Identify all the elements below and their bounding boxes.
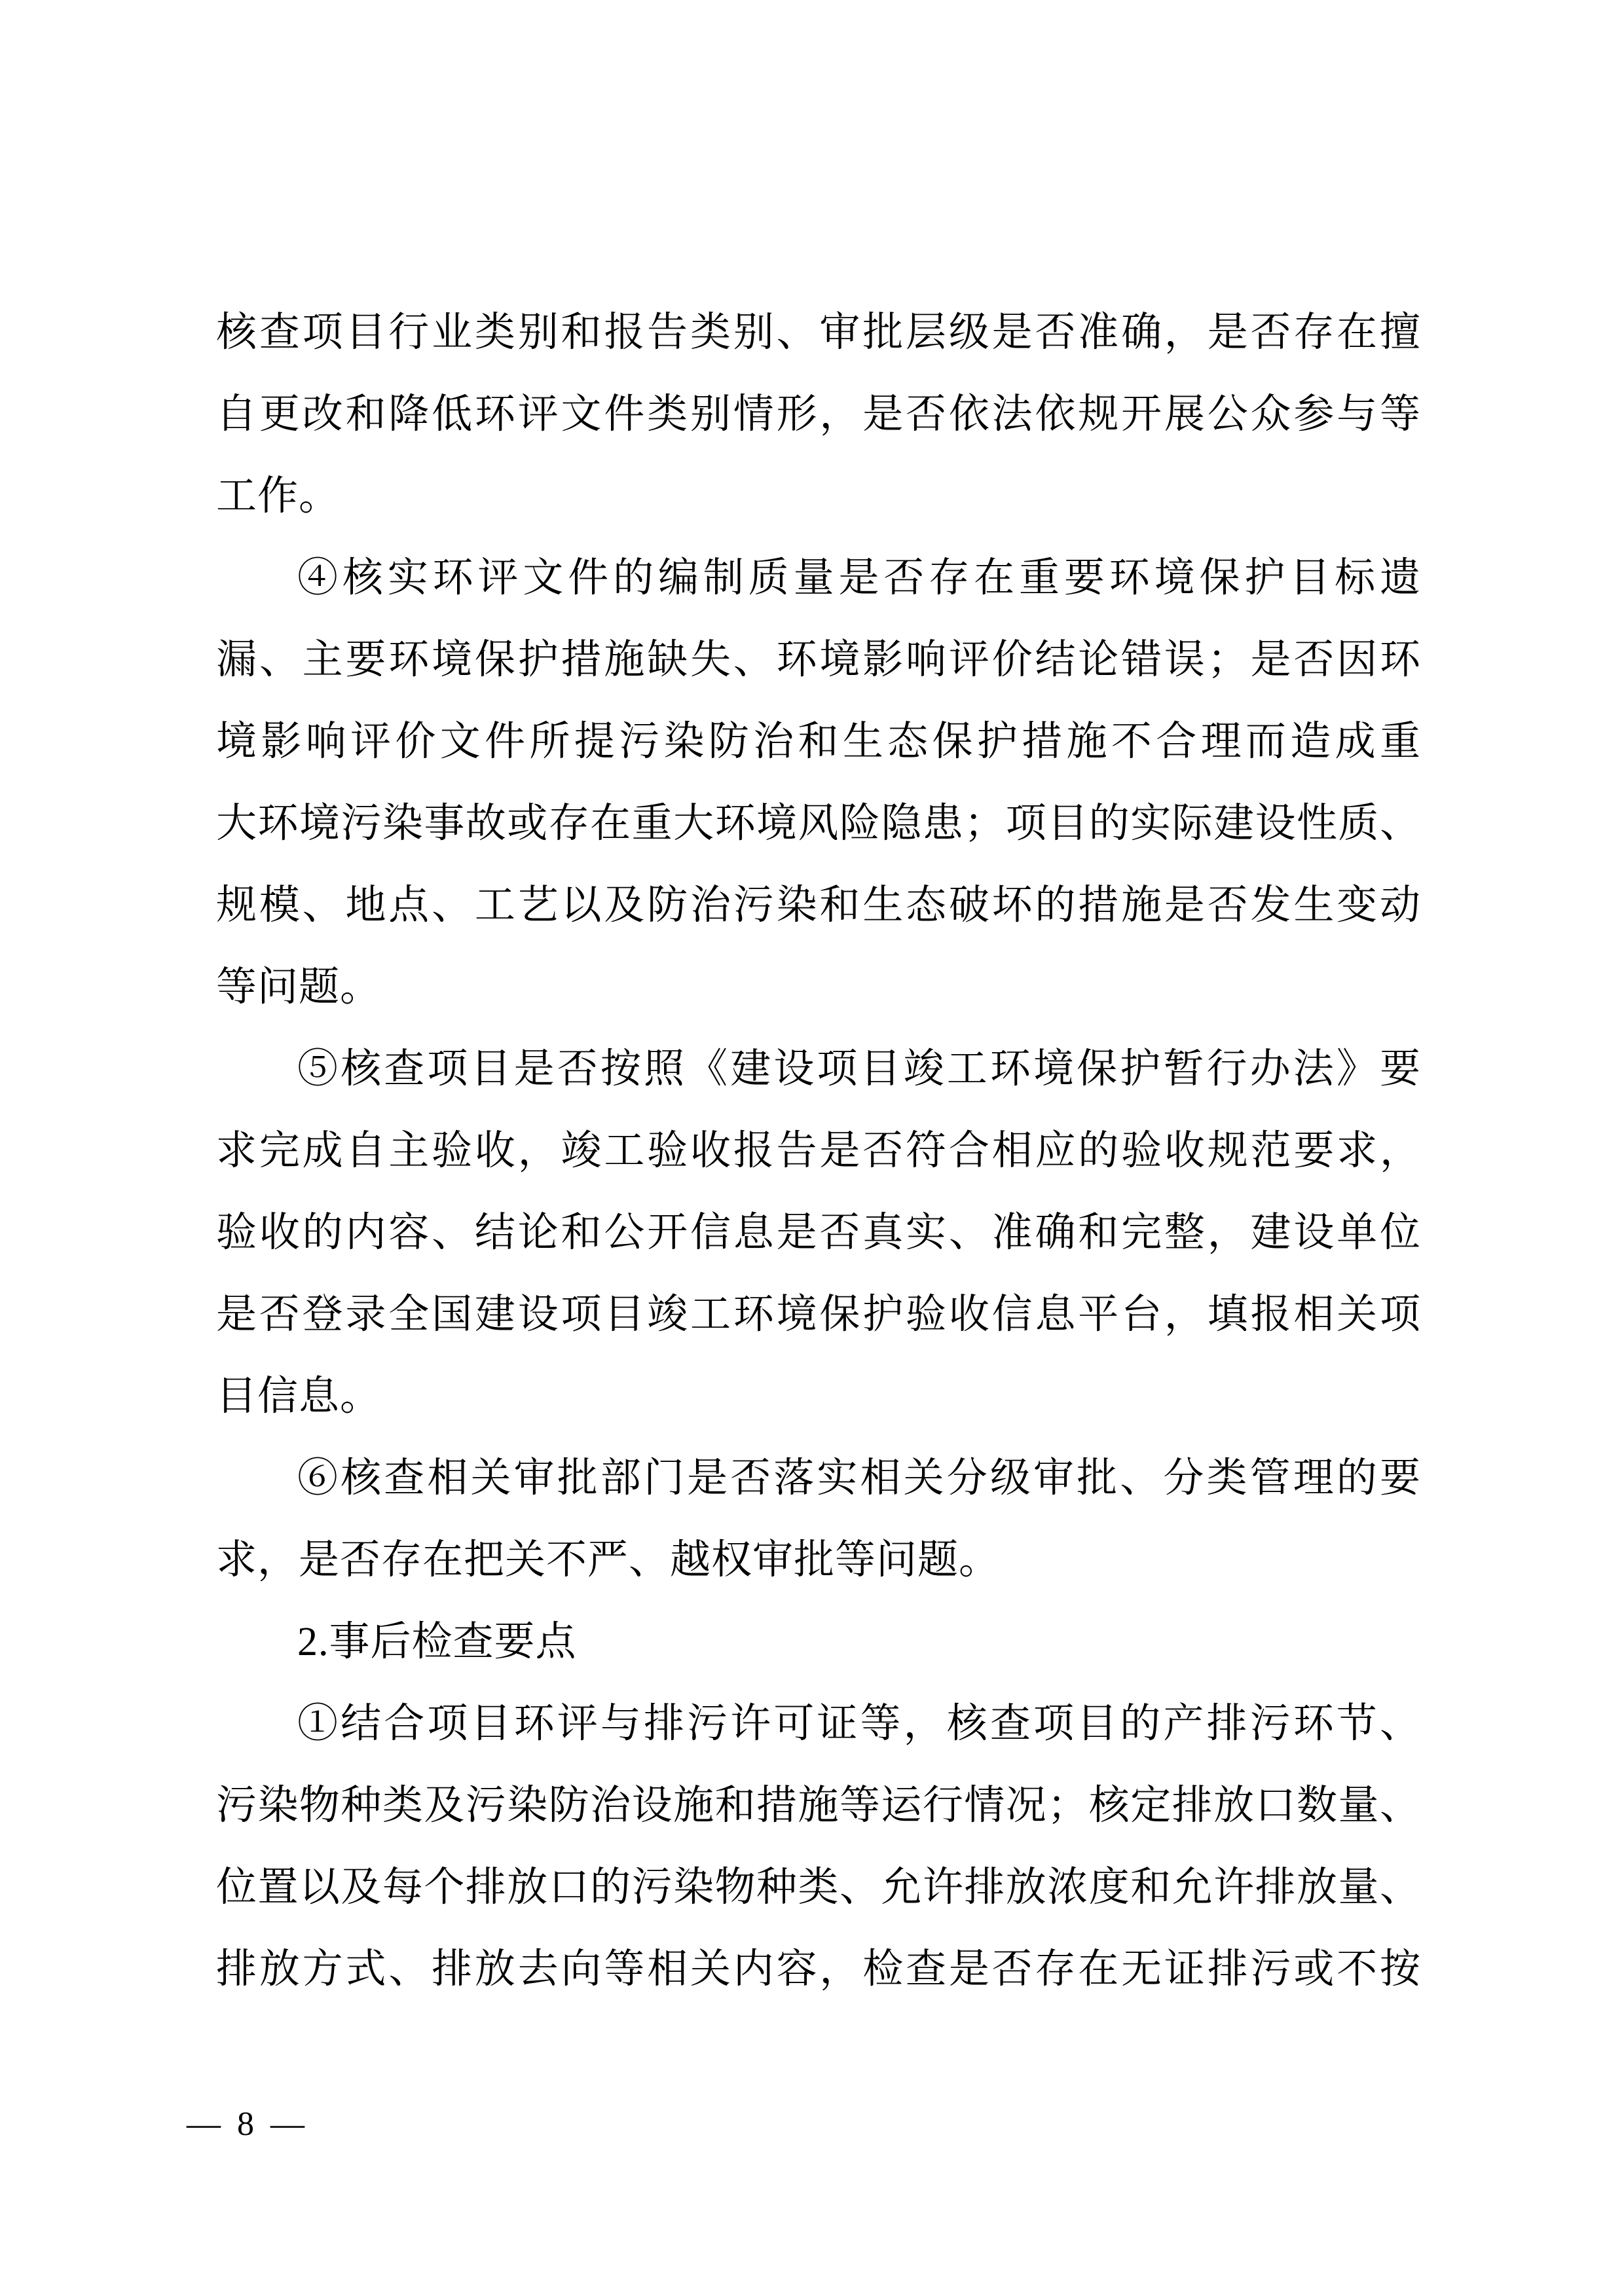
body-text-line: 求完成自主验收，竣工验收报告是否符合相应的验收规范要求， — [216, 1110, 1421, 1192]
body-text-line: 等问题。 — [216, 947, 1421, 1029]
body-text-line: 2.事后检查要点 — [216, 1601, 1421, 1683]
body-text-line: 求，是否存在把关不严、越权审批等问题。 — [216, 1520, 1421, 1601]
body-text-line: 漏、主要环境保护措施缺失、环境影响评价结论错误；是否因环 — [216, 619, 1421, 701]
body-text-line: 自更改和降低环评文件类别情形，是否依法依规开展公众参与等 — [216, 374, 1421, 456]
body-text-line: ④核实环评文件的编制质量是否存在重要环境保护目标遗 — [216, 538, 1421, 619]
body-text-line: 规模、地点、工艺以及防治污染和生态破坏的措施是否发生变动 — [216, 865, 1421, 947]
body-text-line: 是否登录全国建设项目竣工环境保护验收信息平台，填报相关项 — [216, 1274, 1421, 1356]
body-text-line: 验收的内容、结论和公开信息是否真实、准确和完整，建设单位 — [216, 1192, 1421, 1274]
body-text-line: ①结合项目环评与排污许可证等，核查项目的产排污环节、 — [216, 1683, 1421, 1765]
body-text-line: 工作。 — [216, 456, 1421, 538]
body-text-line: 核查项目行业类别和报告类别、审批层级是否准确，是否存在擅 — [216, 292, 1421, 374]
body-text-line: ⑥核查相关审批部门是否落实相关分级审批、分类管理的要 — [216, 1438, 1421, 1520]
document-body: 核查项目行业类别和报告类别、审批层级是否准确，是否存在擅 自更改和降低环评文件类… — [216, 292, 1421, 2011]
body-text-line: 位置以及每个排放口的污染物种类、允许排放浓度和允许排放量、 — [216, 1847, 1421, 1929]
body-text-line: 目信息。 — [216, 1356, 1421, 1438]
body-text-line: 排放方式、排放去向等相关内容，检查是否存在无证排污或不按 — [216, 1929, 1421, 2011]
document-page: 核查项目行业类别和报告类别、审批层级是否准确，是否存在擅 自更改和降低环评文件类… — [0, 0, 1624, 2296]
body-text-line: ⑤核查项目是否按照《建设项目竣工环境保护暂行办法》要 — [216, 1029, 1421, 1110]
body-text-line: 境影响评价文件所提污染防治和生态保护措施不合理而造成重 — [216, 701, 1421, 783]
body-text-line: 污染物种类及污染防治设施和措施等运行情况；核定排放口数量、 — [216, 1765, 1421, 1847]
body-text-line: 大环境污染事故或存在重大环境风险隐患；项目的实际建设性质、 — [216, 783, 1421, 865]
page-number: — 8 — — [187, 2098, 308, 2151]
